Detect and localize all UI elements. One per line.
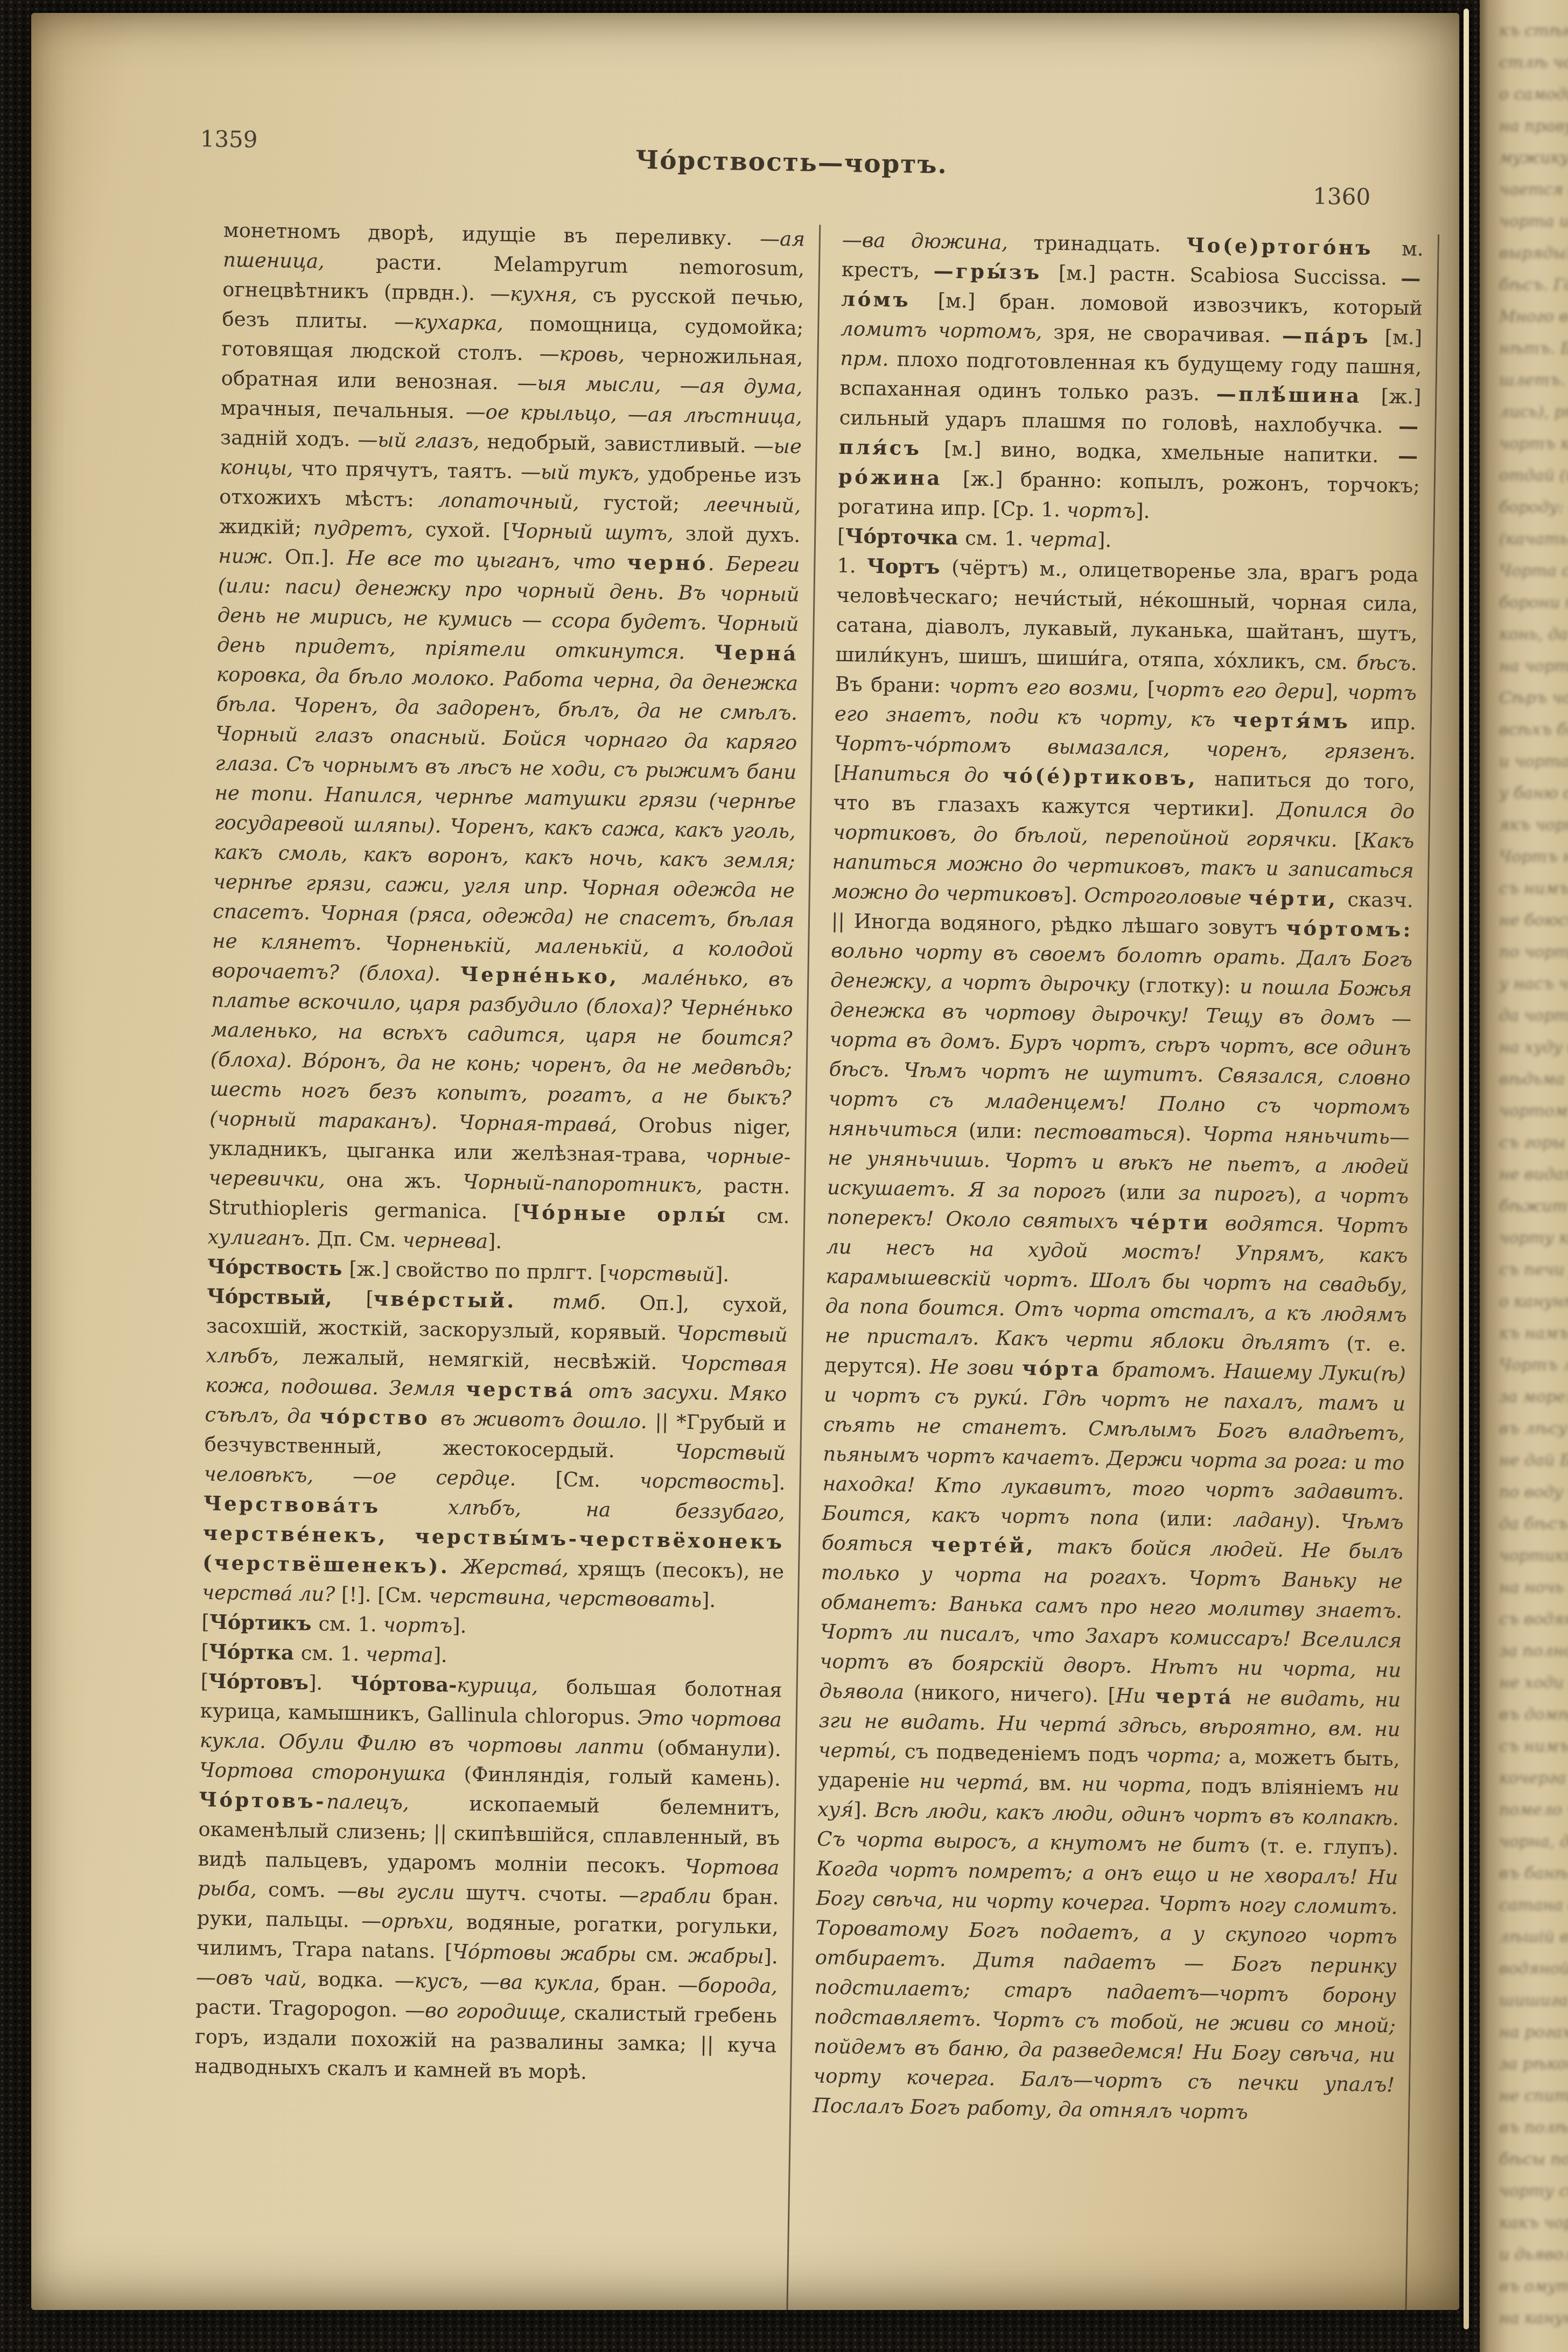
blurred-text-line: въ лѣсу ч [1499,1413,1568,1445]
blurred-text-line: по воду ч [1499,1476,1568,1508]
blurred-text-line: вѣдьма с [1499,1063,1568,1095]
blurred-text-line: шишига с [1499,1985,1568,2017]
blurred-text-line: по чорту [1499,936,1568,968]
blurred-text-line: и дьявол [1499,2239,1568,2271]
blurred-text-line: чорта и пр [1499,206,1568,237]
blurred-text-line: чается (ш [1499,174,1568,206]
blurred-text-line: на рогах [1499,2017,1568,2048]
blurred-text-line: за рѣкой [1499,2048,1568,2080]
blurred-text-line: чортъ клан [1499,428,1568,460]
entry-paragraph: [Чо́ртовъ]. Чо́ртова-курица, большая бол… [194,1666,782,2090]
blurred-text-line: въ банѣ ч [1499,1858,1568,1889]
blurred-text-line: Чорта съ п [1499,555,1568,587]
blurred-text-line: не дай Бо [1499,1445,1568,1476]
blurred-text-line: къ стѣнѣ [1499,15,1568,47]
blurred-text-line: Чортъ ног [1499,841,1568,873]
blurred-text-line: въ омутѣ [1499,2271,1568,2302]
right-column: —ва дюжина, тринадцать. Чо(е)ртого́нъ м.… [809,225,1439,2310]
blurred-text-line: чортомъ [1499,1095,1568,1127]
blurred-text-line: Сѣръ чорт [1499,682,1568,714]
page-content: 1359 Чо́рствость—чортъ. 1360 монетномъ д… [31,13,1459,2310]
blurred-text-line: съ нимъ б [1499,1731,1568,1762]
blurred-text-line: на праву ч [1499,110,1568,142]
blurred-text-line: съ нимъ ч [1499,873,1568,905]
blurred-text-line: (качать с [1499,523,1568,555]
blurred-text-line: съ печи у [1499,1254,1568,1286]
left-column: монетномъ дворѣ, идущіе въ переливку. —а… [191,215,821,2310]
entry-paragraph: монетномъ дворѣ, идущіе въ переливку. —а… [207,215,805,1261]
blurred-text-line: на ночь г [1499,1572,1568,1604]
dictionary-page: 1359 Чо́рствость—чортъ. 1360 монетномъ д… [31,13,1459,2310]
blurred-text-line: чорту сво [1499,2175,1568,2207]
blurred-text-line: о самодійш [1499,79,1568,110]
running-title: Чо́рствость—чортъ. [113,137,1459,188]
blurred-text-line: борони по [1499,587,1568,619]
text-columns: монетномъ дворѣ, идущіе въ переливку. —а… [191,215,1439,2310]
blurred-text-line: и чорта п [1499,746,1568,778]
entry-paragraph: 1. Чортъ (чёртъ) м., олицетворенье зла, … [813,551,1419,2130]
blurred-text-line: не боюсь [1499,905,1568,936]
blurred-text-line: всѣхъ бѣс [1499,714,1568,746]
blurred-text-line: о канунѣ [1499,1286,1568,1318]
blurred-text-line: помело ч [1499,1794,1568,1826]
blurred-text-line: за моремъ [1499,1381,1568,1413]
blurred-text-line: къ намъ ч [1499,1318,1568,1349]
blurred-text-line: чортики в [1499,1540,1568,1572]
blurred-text-line: въ домѣ ч [1499,1699,1568,1731]
blurred-text-line: не спится [1499,2080,1568,2112]
blurred-text-line: на чорта о [1499,650,1568,682]
blurred-text-line: Чортъ ли [1499,1349,1568,1381]
blurred-text-line: бѣсы по н [1499,2144,1568,2175]
blurred-text-line: Много въ ч [1499,301,1568,333]
blurred-text-line: шлетъ. Гл [1499,365,1568,396]
blurred-text-line: выряды! П [1499,237,1568,269]
blurred-text-line: у насъ ч [1499,968,1568,1000]
blurred-text-line: бѣжитъ ч [1499,1191,1568,1222]
blurred-text-line: да бѣсъ е [1499,1508,1568,1540]
page-edge [1464,9,1469,2329]
blurred-text-line: лѣшій въ [1499,1921,1568,1953]
next-page-sliver: къ стѣнѣстлѣ чорто самодійшна праву чмуж… [1480,0,1568,2352]
blurred-text-line: якъ чортъ [1499,809,1568,841]
entry-paragraph: Чо́рствый, [чве́рстый. тмб. Оп.], сухой,… [202,1282,788,1616]
blurred-text-line: водяной [1499,1953,1568,1985]
blurred-text-line: чорна, да [1499,1826,1568,1858]
side-page-text: къ стѣнѣстлѣ чорто самодійшна праву чмуж… [1499,15,1568,2334]
blurred-text-line: лись), рѣш [1499,396,1568,428]
blurred-text-line: какъ чор [1499,2207,1568,2239]
blurred-text-line: на канун [1499,2302,1568,2334]
blurred-text-line: съ горы ч [1499,1127,1568,1159]
blurred-text-line: стлѣ чорт [1499,47,1568,79]
blurred-text-line: за полноч [1499,1635,1568,1667]
blurred-text-line: кочерга н [1499,1762,1568,1794]
blurred-text-line: конь, да н [1499,619,1568,650]
blurred-text-line: бороду: ш [1499,492,1568,523]
blurred-text-line: мужику въ [1499,142,1568,174]
blurred-text-line: не видат [1499,1159,1568,1191]
blurred-text-line: не ходи в [1499,1667,1568,1699]
page-number-right: 1360 [1313,183,1371,211]
blurred-text-line: отдай (по [1499,460,1568,492]
blurred-text-line: на худу б [1499,1032,1568,1063]
blurred-text-line: съ водян [1499,1604,1568,1635]
entry-paragraph: —ва дюжина, тринадцать. Чо(е)ртого́нъ м.… [838,225,1424,530]
blurred-text-line: у баню съ [1499,778,1568,809]
blurred-text-line: чорту ко [1499,1222,1568,1254]
blurred-text-line: сатана е [1499,1889,1568,1921]
blurred-text-line: въ полѣ ч [1499,2112,1568,2144]
blurred-text-line: да чортъ [1499,1000,1568,1032]
blurred-text-line: бѣсъ. Гдѣ [1499,269,1568,301]
blurred-text-line: нѣтъ. Бри [1499,333,1568,365]
